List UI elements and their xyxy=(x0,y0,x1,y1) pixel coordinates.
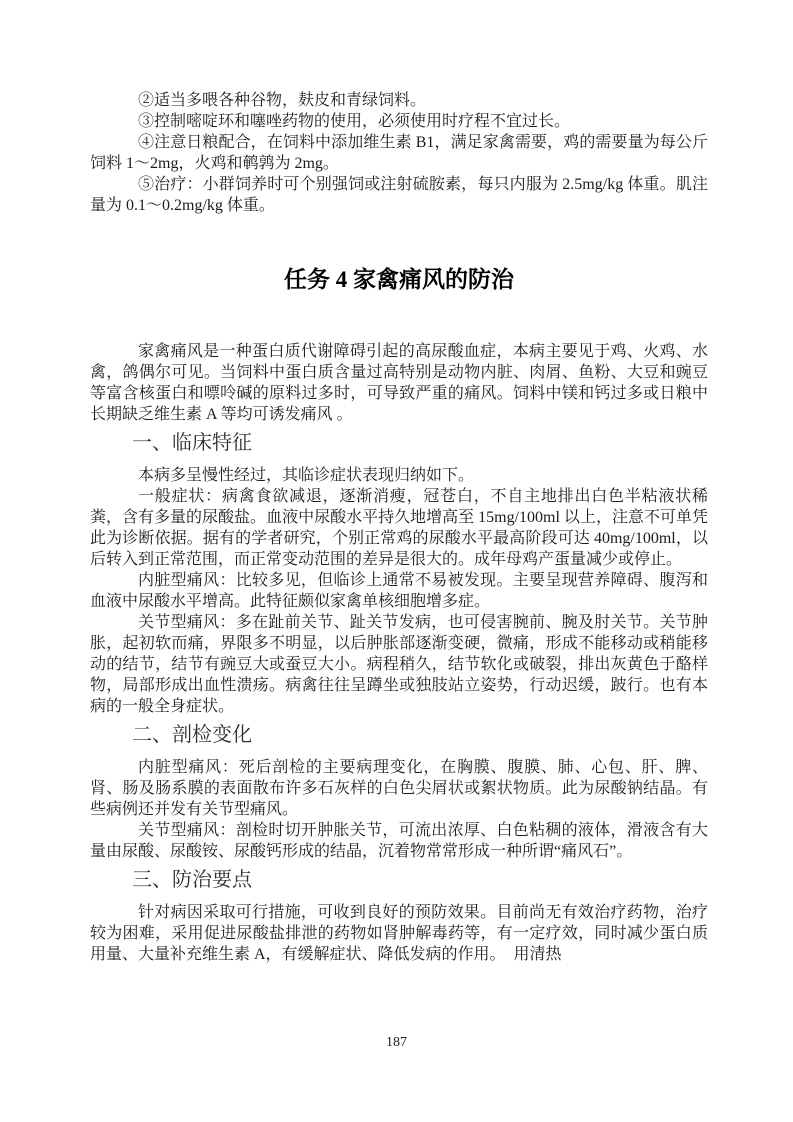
intro-item: ②适当多喂各种谷物，麸皮和青绿饲料。 xyxy=(90,90,708,111)
body-paragraph: 内脏型痛风：死后剖检的主要病理变化，在胸膜、腹膜、肺、心包、肝、脾、肾、肠及肠系… xyxy=(90,757,708,820)
page-content: ②适当多喂各种谷物，麸皮和青绿饲料。 ③控制嘧啶环和噻唑药物的使用，必须使用时疗… xyxy=(90,90,708,965)
section-prevention-points: 三、防治要点 针对病因采取可行措施，可收到良好的预防效果。目前尚无有效治疗药物，… xyxy=(90,867,708,965)
section-necropsy-changes: 二、剖检变化 内脏型痛风：死后剖检的主要病理变化，在胸膜、腹膜、肺、心包、肝、脾… xyxy=(90,722,708,862)
document-title: 任务 4 家禽痛风的防治 xyxy=(90,265,708,295)
page-number: 187 xyxy=(0,1034,793,1052)
section-heading: 一、临床特征 xyxy=(90,430,708,456)
body-paragraph: 一般症状：病禽食欲减退，逐渐消瘦，冠苍白，不自主地排出白色半粘液状稀粪，含有多量… xyxy=(90,486,708,570)
document-page: ②适当多喂各种谷物，麸皮和青绿饲料。 ③控制嘧啶环和噻唑药物的使用，必须使用时疗… xyxy=(0,0,793,1122)
intro-list: ②适当多喂各种谷物，麸皮和青绿饲料。 ③控制嘧啶环和噻唑药物的使用，必须使用时疗… xyxy=(90,90,708,216)
intro-item: ③控制嘧啶环和噻唑药物的使用，必须使用时疗程不宜过长。 xyxy=(90,111,708,132)
body-paragraph: 针对病因采取可行措施，可收到良好的预防效果。目前尚无有效治疗药物，治疗较为困难，… xyxy=(90,902,708,965)
body-paragraph: 关节型痛风：剖检时切开肿胀关节，可流出浓厚、白色粘稠的液体，滑液含有大量由尿酸、… xyxy=(90,820,708,862)
intro-item: ⑤治疗：小群饲养时可个别强饲或注射硫胺素，每只内服为 2.5mg/kg 体重。肌… xyxy=(90,174,708,216)
intro-item: ④注意日粮配合，在饲料中添加维生素 B1，满足家禽需要，鸡的需要量为每公斤饲料 … xyxy=(90,132,708,174)
body-paragraph: 内脏型痛风：比较多见，但临诊上通常不易被发现。主要呈现营养障碍、腹泻和血液中尿酸… xyxy=(90,570,708,612)
body-paragraph: 关节型痛风：多在趾前关节、趾关节发病，也可侵害腕前、腕及肘关节。关节肿胀，起初软… xyxy=(90,612,708,717)
body-paragraph: 本病多呈慢性经过，其临诊症状表现归纳如下。 xyxy=(90,465,708,486)
section-clinical-features: 一、临床特征 本病多呈慢性经过，其临诊症状表现归纳如下。 一般症状：病禽食欲减退… xyxy=(90,430,708,717)
section-heading: 二、剖检变化 xyxy=(90,722,708,748)
section-heading: 三、防治要点 xyxy=(90,867,708,893)
lead-paragraph: 家禽痛风是一种蛋白质代谢障碍引起的高尿酸血症，本病主要见于鸡、火鸡、水禽，鸽偶尔… xyxy=(90,341,708,425)
